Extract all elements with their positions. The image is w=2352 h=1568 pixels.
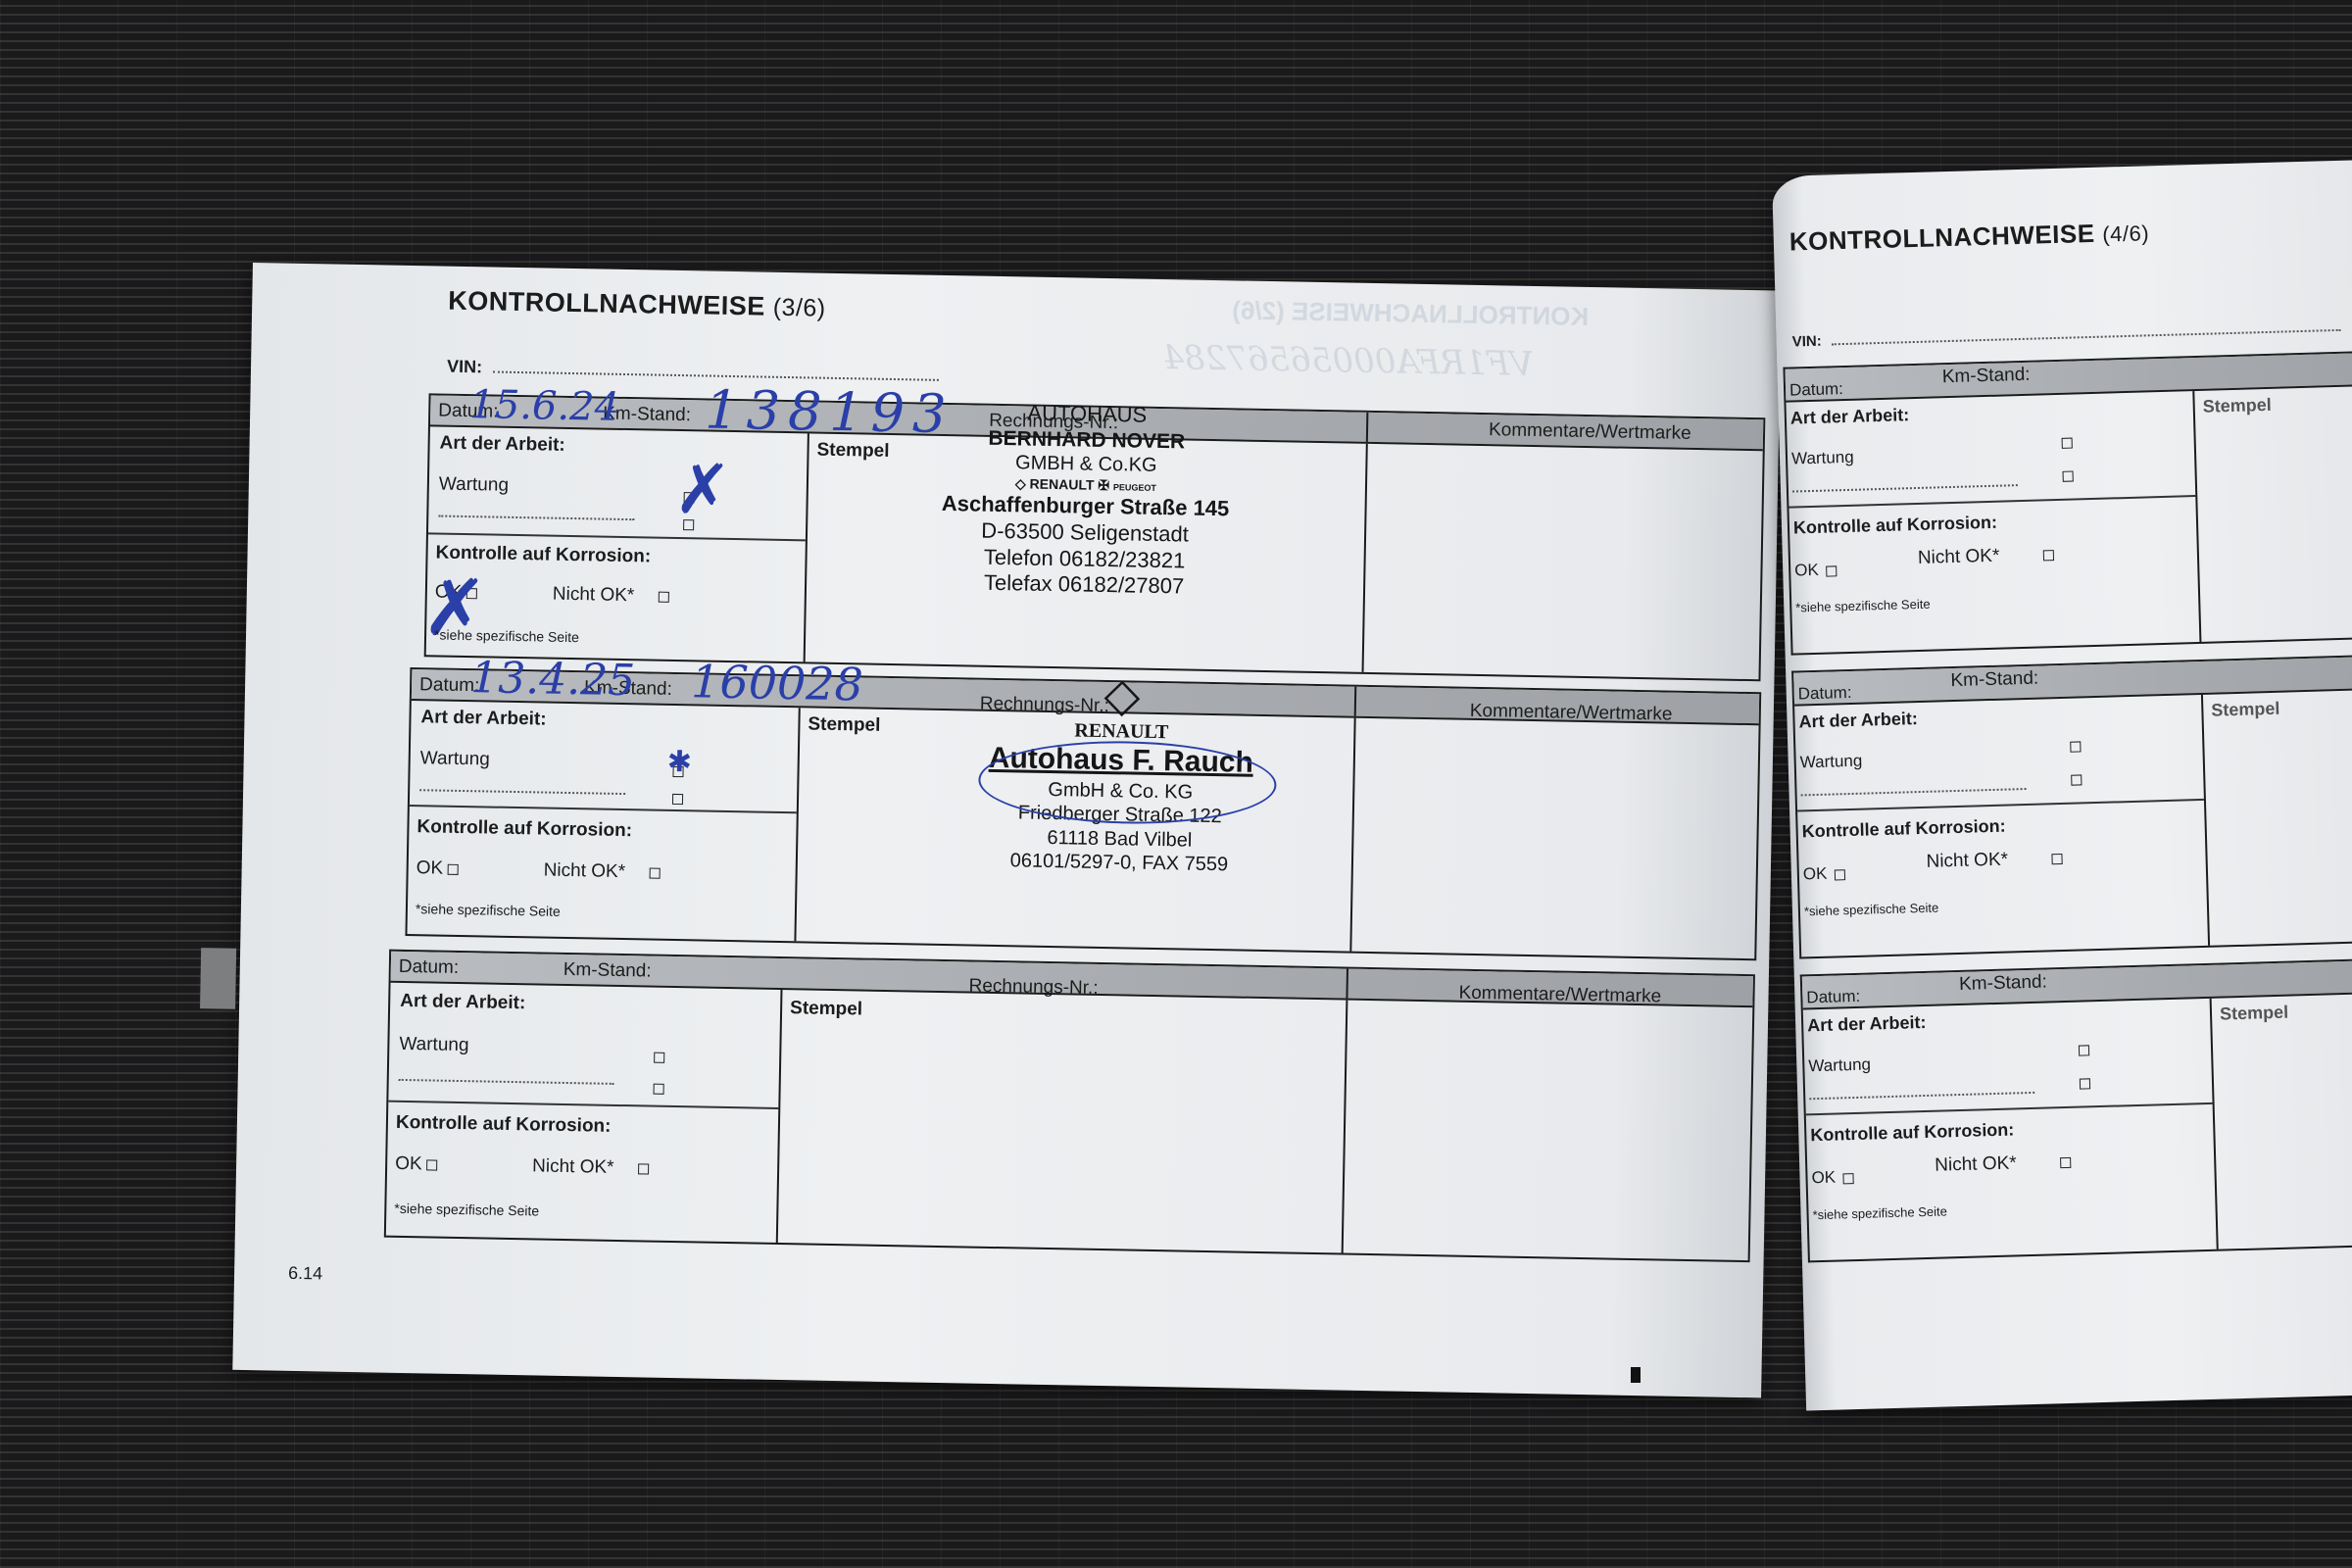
- other-work-checkbox[interactable]: [654, 1084, 664, 1095]
- kontrolle-label: Kontrolle auf Korrosion:: [1801, 816, 2006, 843]
- vin-field[interactable]: [1832, 318, 2341, 346]
- nicht-ok-label: Nicht OK*: [1935, 1152, 2017, 1176]
- kommentare-field[interactable]: [1352, 718, 1758, 958]
- nicht-ok-checkbox[interactable]: [659, 592, 669, 603]
- nicht-ok-label: Nicht OK*: [1926, 850, 2008, 873]
- kommentare-field[interactable]: [1365, 444, 1763, 679]
- datum-label: Datum:: [1789, 379, 1843, 401]
- ok-checkbox[interactable]: [1835, 869, 1845, 880]
- stempel-field[interactable]: [2195, 385, 2352, 642]
- stempel-field[interactable]: [2204, 689, 2352, 946]
- nicht-ok-label: Nicht OK*: [1918, 546, 2000, 569]
- nicht-ok-label: Nicht OK*: [543, 860, 625, 884]
- ok-checkbox[interactable]: [1842, 1173, 1853, 1184]
- page-title-number: (3/6): [772, 294, 825, 322]
- footnote: *siehe spezifische Seite: [1804, 901, 1939, 919]
- art-der-arbeit-label: Art der Arbeit:: [1798, 709, 1918, 732]
- wartung-label: Wartung: [439, 474, 510, 497]
- kontrolle-label: Kontrolle auf Korrosion:: [1793, 513, 1998, 539]
- nicht-ok-label: Nicht OK*: [532, 1155, 614, 1179]
- footnote: *siehe spezifische Seite: [434, 626, 579, 645]
- wartung-label: Wartung: [1808, 1055, 1871, 1077]
- ghost-title: KONTROLLNACHWEISE (2/6): [1232, 295, 1590, 332]
- datum-label: Datum:: [1806, 987, 1860, 1008]
- wartung-checkbox[interactable]: [654, 1053, 664, 1063]
- km-stand-value[interactable]: 160028: [691, 655, 864, 710]
- other-work-checkbox[interactable]: [672, 794, 683, 805]
- dealer-stamp-nover: AUTOHAUS BERNHARD NOVER GMBH & Co.KG ◇ R…: [888, 398, 1284, 603]
- stempel-field[interactable]: [778, 990, 1344, 1252]
- binding-mark: [1631, 1367, 1641, 1383]
- wartung-check-mark: ✗: [673, 449, 732, 530]
- ok-label: OK: [416, 857, 443, 879]
- service-entry-3: Datum: Km-Stand: Rechnungs-Nr.: Kommenta…: [384, 950, 1755, 1262]
- kommentare-label: Kommentare/Wertmarke: [1489, 419, 1691, 445]
- wartung-checkbox[interactable]: [2079, 1045, 2089, 1055]
- wartung-label: Wartung: [1799, 752, 1862, 773]
- page-title: KONTROLLNACHWEISE (4/6): [1788, 217, 2149, 257]
- vin-row: VIN:: [1791, 318, 2340, 351]
- nicht-ok-label: Nicht OK*: [553, 584, 635, 608]
- km-stand-field[interactable]: [665, 956, 862, 990]
- km-stand-label: Km-Stand:: [1950, 668, 2038, 692]
- other-work-field[interactable]: [1801, 784, 2027, 796]
- footnote: *siehe spezifische Seite: [1812, 1203, 1947, 1222]
- page-title-text: KONTROLLNACHWEISE: [448, 286, 765, 321]
- ok-checkbox[interactable]: [426, 1159, 437, 1170]
- kontrolle-label: Kontrolle auf Korrosion:: [416, 816, 632, 842]
- stempel-label: Stempel: [808, 713, 880, 736]
- other-work-field[interactable]: [419, 785, 625, 795]
- art-der-arbeit-label: Art der Arbeit:: [1807, 1012, 1927, 1036]
- km-stand-label: Km-Stand:: [1941, 365, 2030, 388]
- other-work-checkbox[interactable]: [2063, 471, 2074, 482]
- wartung-checkbox[interactable]: [2070, 741, 2081, 752]
- ghost-vin: VF1RFA00056567284: [1162, 338, 1534, 384]
- left-page: KONTROLLNACHWEISE (2/6) VF1RFA0005656728…: [232, 263, 1781, 1397]
- datum-value[interactable]: 15.6.24: [469, 382, 620, 430]
- stempel-label: Stempel: [816, 440, 889, 463]
- other-work-field[interactable]: [1792, 480, 2018, 492]
- kontrolle-label: Kontrolle auf Korrosion:: [396, 1112, 612, 1138]
- vin-field[interactable]: [493, 360, 939, 381]
- km-stand-label: Km-Stand:: [1959, 971, 2047, 995]
- renault-logo-icon: ◇: [960, 669, 1285, 722]
- vin-label: VIN:: [447, 357, 482, 377]
- page-edge-tab: [200, 948, 236, 1009]
- ok-label: OK: [1811, 1168, 1836, 1189]
- km-stand-label: Km-Stand:: [563, 959, 652, 983]
- stempel-field[interactable]: [2213, 993, 2352, 1249]
- other-work-checkbox[interactable]: [2071, 774, 2082, 785]
- art-der-arbeit-label: Art der Arbeit:: [420, 707, 546, 730]
- nicht-ok-checkbox[interactable]: [2043, 550, 2054, 561]
- page-title: KONTROLLNACHWEISE (3/6): [448, 286, 826, 323]
- ok-label: OK: [1803, 864, 1828, 885]
- right-page: KONTROLLNACHWEISE (4/6) VIN: Datum: Km-S…: [1772, 160, 2352, 1411]
- nicht-ok-checkbox[interactable]: [638, 1163, 649, 1174]
- wartung-checkbox[interactable]: [2062, 438, 2073, 449]
- other-work-field[interactable]: [399, 1075, 614, 1085]
- other-work-field[interactable]: [1809, 1088, 2034, 1100]
- page-title-number: (4/6): [2102, 220, 2149, 246]
- other-work-checkbox[interactable]: [2080, 1078, 2090, 1089]
- ok-label: OK: [395, 1153, 422, 1175]
- ok-checkbox[interactable]: [1826, 565, 1837, 576]
- art-der-arbeit-label: Art der Arbeit:: [439, 433, 564, 457]
- wartung-label: Wartung: [399, 1034, 469, 1056]
- datum-field[interactable]: [460, 953, 559, 984]
- footnote: *siehe spezifische Seite: [416, 901, 561, 919]
- kontrolle-label: Kontrolle auf Korrosion:: [1810, 1119, 2015, 1146]
- page-title-text: KONTROLLNACHWEISE: [1788, 219, 2095, 257]
- page-number: 6.14: [288, 1263, 322, 1285]
- art-der-arbeit-label: Art der Arbeit:: [1790, 405, 1910, 428]
- right-service-entry-3: Datum: Km-Stand: Art der Arbeit: Wartung…: [1800, 957, 2352, 1263]
- datum-label: Datum:: [1797, 683, 1851, 705]
- right-service-entry-1: Datum: Km-Stand: Art der Arbeit: Wartung…: [1783, 350, 2352, 656]
- footnote: *siehe spezifische Seite: [1795, 597, 1931, 615]
- other-work-field[interactable]: [438, 512, 634, 521]
- service-entry-1: Datum: Km-Stand: Rechnungs-Nr.: Kommenta…: [424, 393, 1766, 681]
- datum-label: Datum:: [399, 956, 460, 979]
- ok-checkbox[interactable]: [448, 864, 459, 875]
- wartung-label: Wartung: [420, 748, 491, 770]
- kommentare-field[interactable]: [1345, 1001, 1753, 1261]
- footnote: *siehe spezifische Seite: [394, 1200, 539, 1219]
- service-entry-2: Datum: Km-Stand: Rechnungs-Nr.: Kommenta…: [405, 667, 1761, 960]
- nicht-ok-checkbox[interactable]: [2060, 1157, 2071, 1168]
- wartung-label: Wartung: [1791, 448, 1854, 469]
- wartung-check-mark: ✱: [666, 745, 692, 779]
- ok-label: OK: [1794, 561, 1819, 581]
- datum-value[interactable]: 13.4.25: [470, 653, 636, 706]
- nicht-ok-checkbox[interactable]: [2051, 854, 2062, 864]
- right-service-entry-2: Datum: Km-Stand: Art der Arbeit: Wartung…: [1791, 654, 2352, 959]
- nicht-ok-checkbox[interactable]: [650, 868, 661, 879]
- art-der-arbeit-label: Art der Arbeit:: [400, 991, 525, 1014]
- vin-label: VIN:: [1791, 333, 1821, 351]
